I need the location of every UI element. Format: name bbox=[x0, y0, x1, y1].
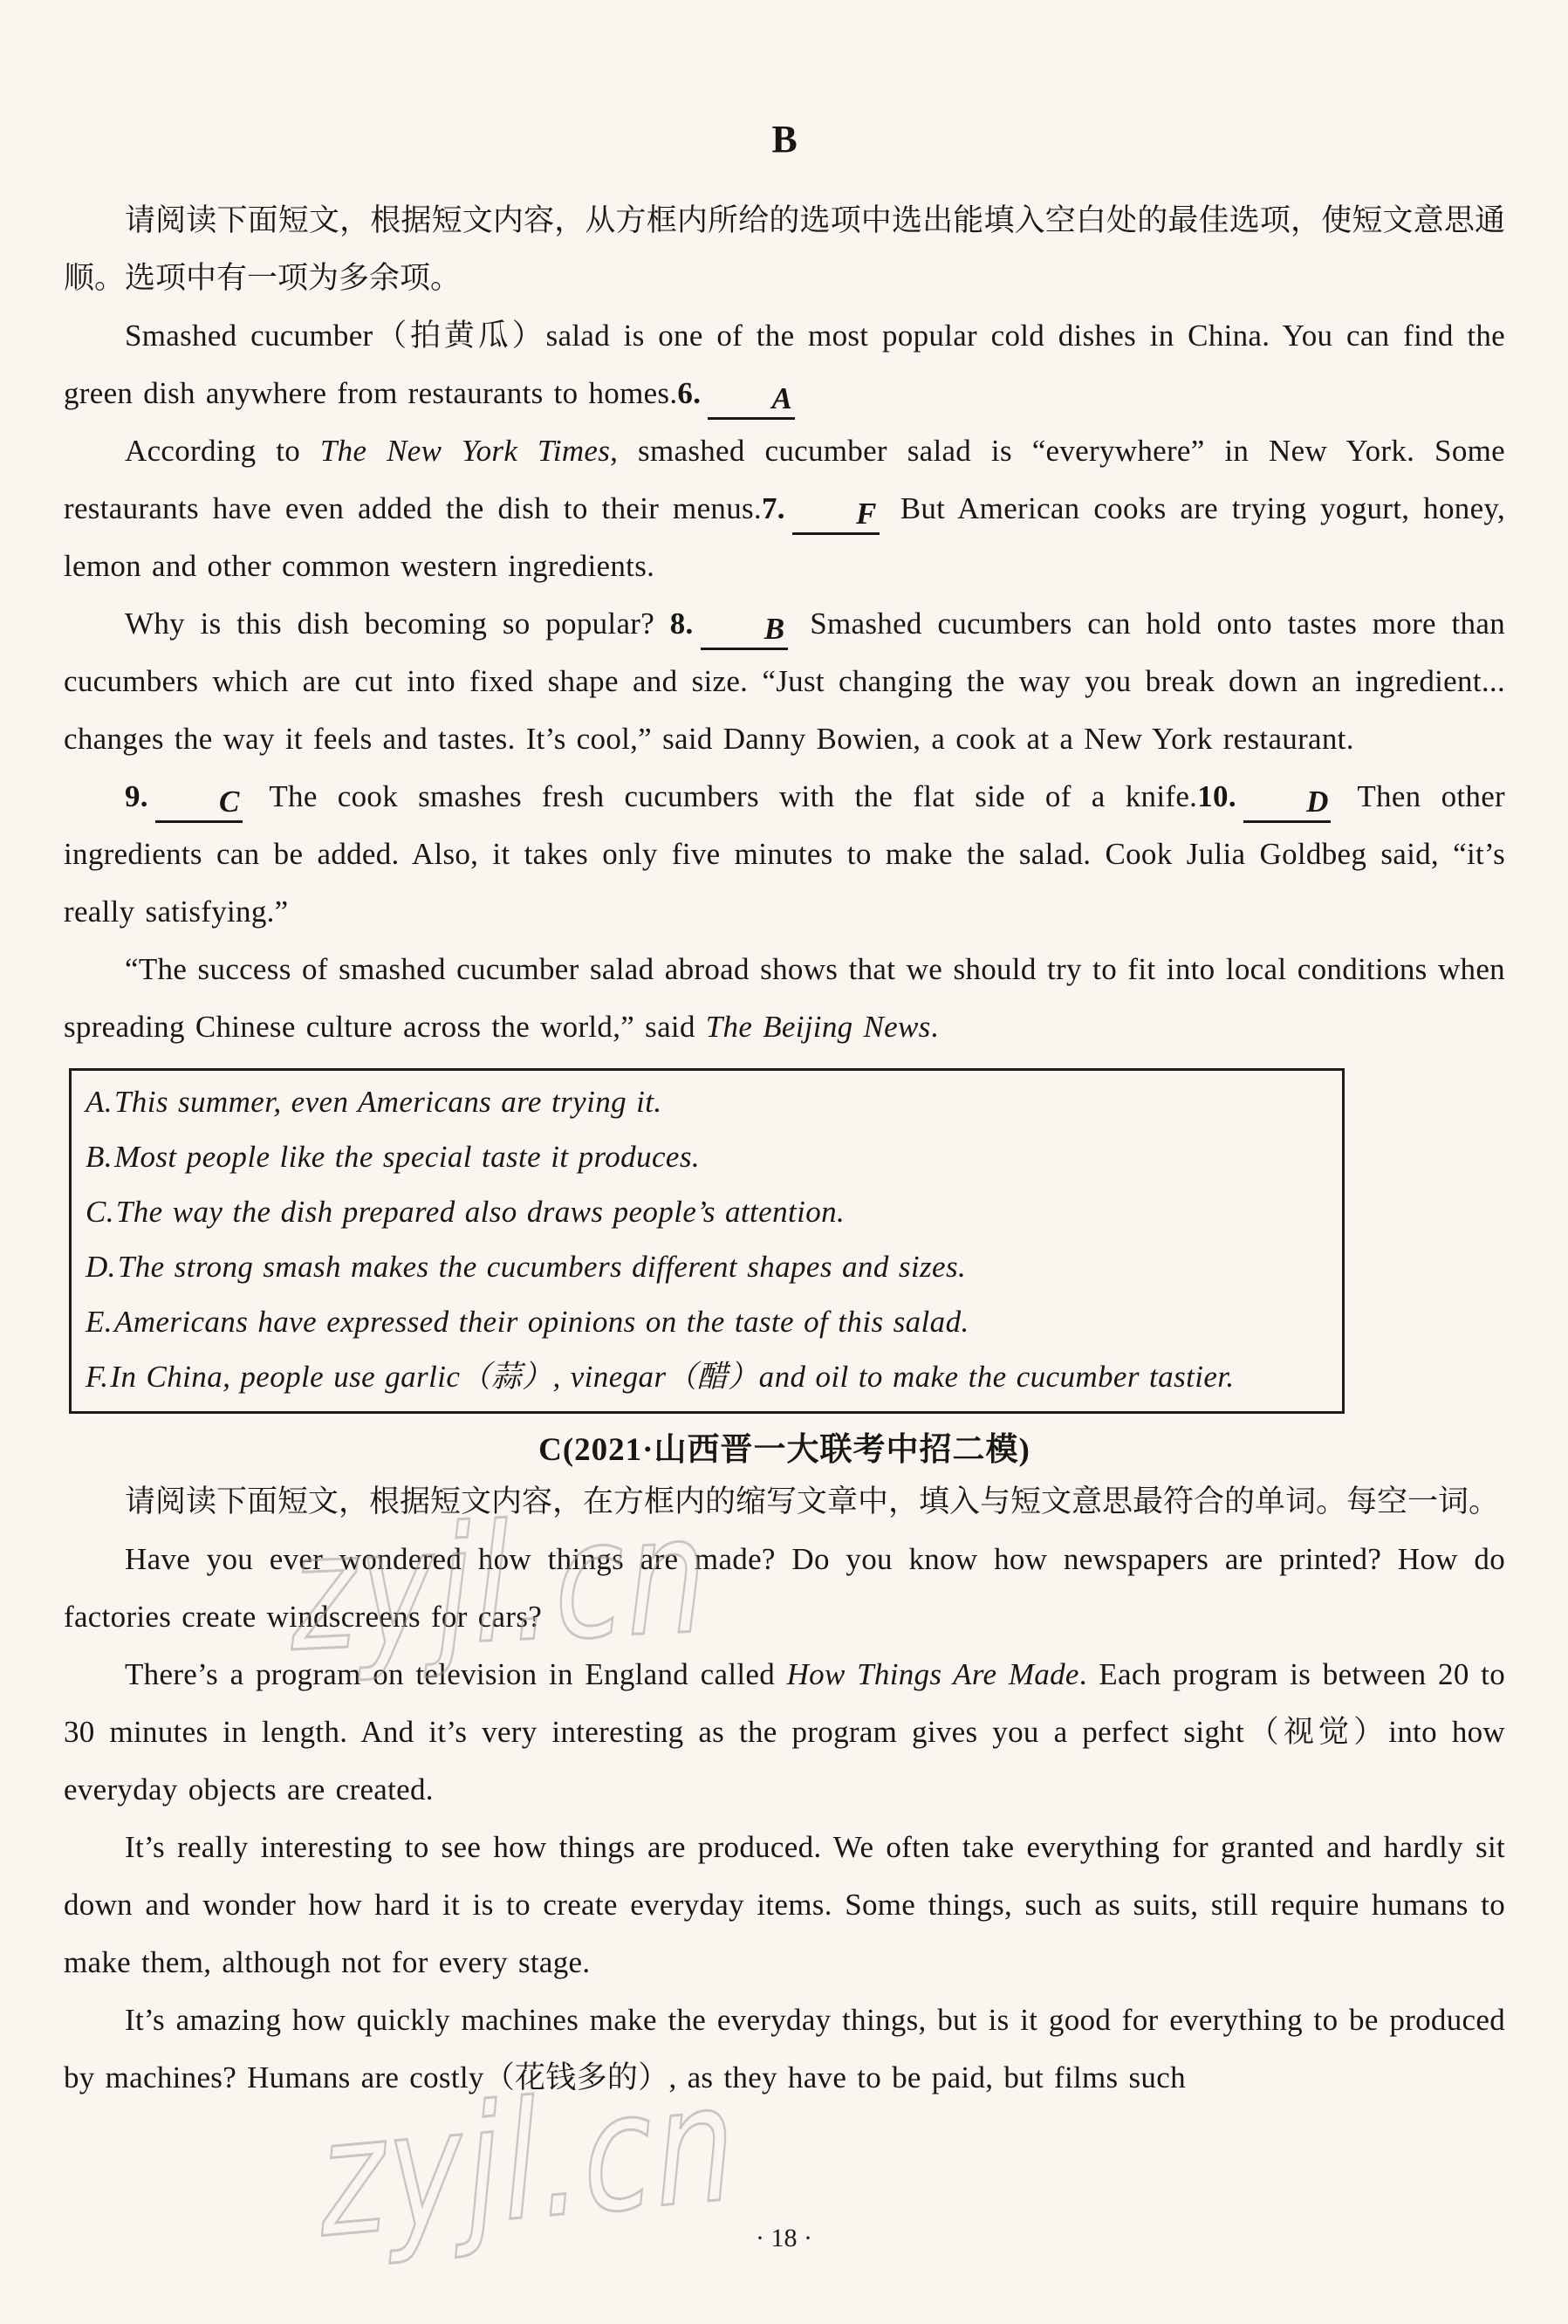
option-text: The strong smash makes the cucumbers dif… bbox=[118, 1250, 966, 1284]
option-item: F.In China, people use garlic（蒜）, vinega… bbox=[86, 1349, 1328, 1404]
question-number: 7. bbox=[762, 491, 785, 525]
passage-paragraph: It’s amazing how quickly machines make t… bbox=[64, 1992, 1505, 2107]
section-c-instructions: 请阅读下面短文，根据短文内容，在方框内的缩写文章中，填入与短文意思最符合的单词。… bbox=[64, 1473, 1505, 1531]
option-text: This summer, even Americans are trying i… bbox=[114, 1085, 662, 1119]
passage-paragraph: It’s really interesting to see how thing… bbox=[64, 1819, 1505, 1992]
section-c-passage: Have you ever wondered how things are ma… bbox=[64, 1531, 1505, 2107]
passage-text: The cook smashes fresh cucumbers with th… bbox=[250, 779, 1197, 813]
option-label: E. bbox=[86, 1305, 114, 1339]
passage-paragraph: Have you ever wondered how things are ma… bbox=[64, 1531, 1505, 1646]
passage-text: According to bbox=[125, 434, 320, 468]
passage-text: . bbox=[931, 1010, 939, 1044]
option-item: E.Americans have expressed their opinion… bbox=[86, 1294, 1328, 1349]
answer-blank: F bbox=[792, 496, 880, 535]
options-box: A.This summer, even Americans are trying… bbox=[69, 1068, 1345, 1414]
option-text: The way the dish prepared also draws peo… bbox=[116, 1195, 845, 1229]
option-label: A. bbox=[86, 1085, 114, 1119]
option-text: Americans have expressed their opinions … bbox=[114, 1305, 969, 1339]
section-c-heading: C(2021·山西晋一大联考中招二模) bbox=[64, 1428, 1505, 1473]
option-item: D.The strong smash makes the cucumbers d… bbox=[86, 1239, 1328, 1294]
question-number: 10. bbox=[1197, 779, 1236, 813]
section-b-heading: B bbox=[64, 113, 1505, 166]
page-content: B 请阅读下面短文，根据短文内容，从方框内所给的选项中选出能填入空白处的最佳选项… bbox=[64, 113, 1505, 2107]
question-number: 8. bbox=[670, 607, 694, 641]
document-page: zyjl.cn zyjl.cn B 请阅读下面短文，根据短文内容，从方框内所给的… bbox=[0, 0, 1568, 2324]
answer-blank: C bbox=[155, 784, 243, 823]
passage-paragraph: Why is this dish becoming so popular? 8.… bbox=[64, 595, 1505, 768]
option-item: C.The way the dish prepared also draws p… bbox=[86, 1184, 1328, 1239]
question-number: 6. bbox=[677, 376, 701, 410]
option-label: B. bbox=[86, 1140, 114, 1174]
option-label: C. bbox=[86, 1195, 116, 1229]
option-text: Most people like the special taste it pr… bbox=[114, 1140, 700, 1174]
option-label: D. bbox=[86, 1250, 118, 1284]
question-number: 9. bbox=[125, 779, 148, 813]
section-b-passage: Smashed cucumber（拍黄瓜）salad is one of the… bbox=[64, 307, 1505, 1056]
passage-text: Why is this dish becoming so popular? bbox=[125, 607, 670, 641]
passage-text: There’s a program on television in Engla… bbox=[125, 1657, 787, 1691]
answer-blank: D bbox=[1243, 784, 1331, 823]
option-item: B.Most people like the special taste it … bbox=[86, 1129, 1328, 1184]
italic-title: How Things Are Made bbox=[787, 1657, 1079, 1691]
passage-text: It’s amazing how quickly machines make t… bbox=[64, 2003, 1505, 2094]
passage-paragraph: Smashed cucumber（拍黄瓜）salad is one of the… bbox=[64, 307, 1505, 422]
passage-text: Have you ever wondered how things are ma… bbox=[64, 1542, 1505, 1634]
page-number: · 18 · bbox=[0, 2224, 1568, 2253]
italic-title: The New York Times bbox=[320, 434, 610, 468]
option-text: In China, people use garlic（蒜）, vinegar（… bbox=[110, 1360, 1234, 1394]
passage-paragraph: 9.C The cook smashes fresh cucumbers wit… bbox=[64, 768, 1505, 941]
passage-paragraph: “The success of smashed cucumber salad a… bbox=[64, 941, 1505, 1056]
passage-paragraph: There’s a program on television in Engla… bbox=[64, 1646, 1505, 1819]
passage-paragraph: According to The New York Times, smashed… bbox=[64, 422, 1505, 595]
answer-blank: B bbox=[701, 611, 788, 650]
answer-blank: A bbox=[708, 380, 795, 420]
section-b-instructions: 请阅读下面短文，根据短文内容，从方框内所给的选项中选出能填入空白处的最佳选项，使… bbox=[64, 192, 1505, 307]
passage-text: It’s really interesting to see how thing… bbox=[64, 1830, 1505, 1979]
option-label: F. bbox=[86, 1360, 110, 1394]
option-item: A.This summer, even Americans are trying… bbox=[86, 1074, 1328, 1129]
italic-title: The Beijing News bbox=[706, 1010, 931, 1044]
